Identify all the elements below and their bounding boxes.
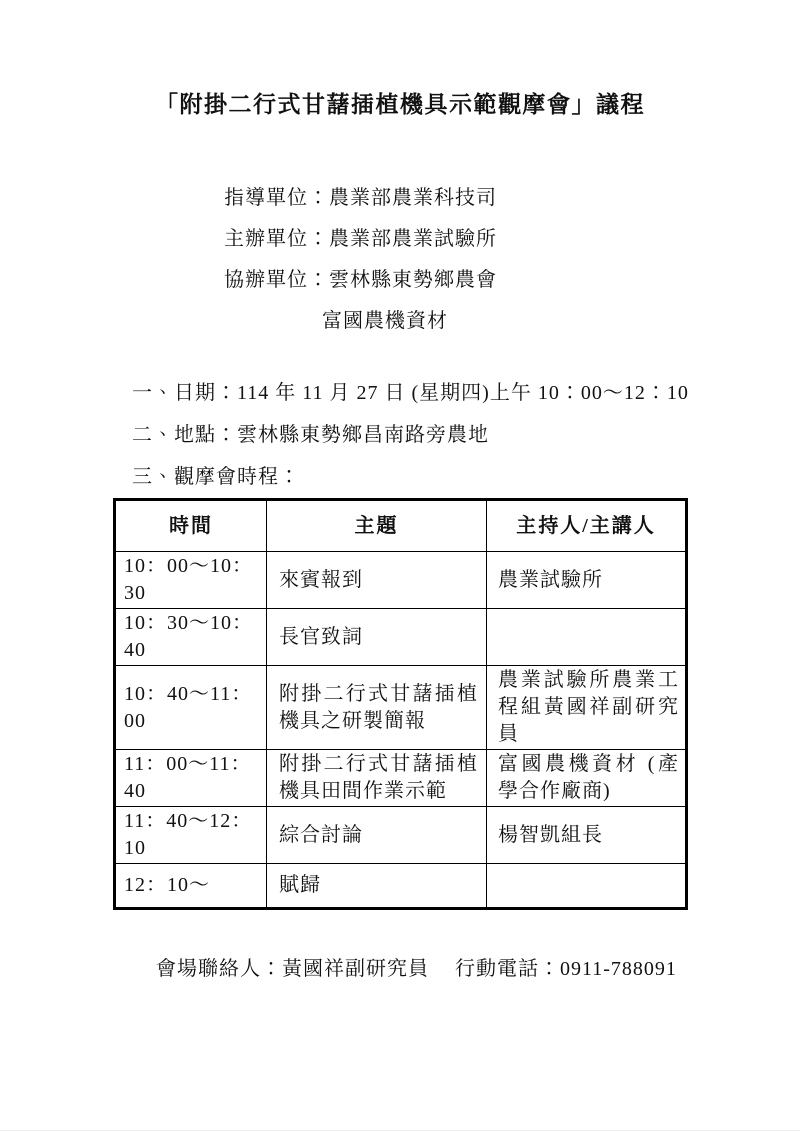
time-cell: 10：30～10：40 — [115, 609, 267, 666]
schedule-section-label: 三、觀摩會時程： — [132, 456, 800, 498]
table-row: 11：40～12：10 綜合討論 楊智凱組長 — [115, 807, 687, 864]
host-cell — [487, 609, 687, 666]
host-cell — [487, 864, 687, 909]
event-info-block: 一、日期：114 年 11 月 27 日 (星期四)上午 10：00～12：10… — [132, 372, 800, 498]
topic-cell: 長官致詞 — [267, 609, 487, 666]
topic-cell: 附掛二行式甘藷插植機具之研製簡報 — [267, 666, 487, 750]
time-cell: 12：10～ — [115, 864, 267, 909]
co-organizer-unit-line: 協辦單位：雲林縣東勢鄉農會 — [224, 260, 800, 301]
table-row: 12：10～ 賦歸 — [115, 864, 687, 909]
topic-cell: 來賓報到 — [267, 552, 487, 609]
time-cell: 11：00～11：40 — [115, 750, 267, 807]
time-cell: 10：40～11：00 — [115, 666, 267, 750]
column-header-time: 時間 — [115, 500, 267, 552]
schedule-header-row: 時間 主題 主持人/主講人 — [115, 500, 687, 552]
table-row: 10：40～11：00 附掛二行式甘藷插植機具之研製簡報 農業試驗所農業工程組黃… — [115, 666, 687, 750]
table-row: 11：00～11：40 附掛二行式甘藷插植機具田間作業示範 富國農機資材 (產學… — [115, 750, 687, 807]
page-title: 「附掛二行式甘藷插植機具示範觀摩會」議程 — [0, 0, 800, 120]
column-header-topic: 主題 — [267, 500, 487, 552]
table-row: 10：30～10：40 長官致詞 — [115, 609, 687, 666]
host-cell: 農業試驗所農業工程組黃國祥副研究員 — [487, 666, 687, 750]
event-location-line: 二、地點：雲林縣東勢鄉昌南路旁農地 — [132, 414, 800, 456]
time-cell: 10：00～10：30 — [115, 552, 267, 609]
contact-person: 會場聯絡人：黃國祥副研究員 — [156, 958, 429, 980]
host-cell: 楊智凱組長 — [487, 807, 687, 864]
advisor-unit-line: 指導單位：農業部農業科技司 — [224, 178, 800, 219]
schedule-table: 時間 主題 主持人/主講人 10：00～10：30 來賓報到 農業試驗所 10：… — [113, 498, 688, 910]
host-cell: 農業試驗所 — [487, 552, 687, 609]
topic-cell: 附掛二行式甘藷插植機具田間作業示範 — [267, 750, 487, 807]
organizer-block: 指導單位：農業部農業科技司 主辦單位：農業部農業試驗所 協辦單位：雲林縣東勢鄉農… — [224, 178, 800, 342]
topic-cell: 綜合討論 — [267, 807, 487, 864]
contact-phone: 行動電話：0911-788091 — [455, 958, 677, 980]
topic-cell: 賦歸 — [267, 864, 487, 909]
time-cell: 11：40～12：10 — [115, 807, 267, 864]
document-page: 「附掛二行式甘藷插植機具示範觀摩會」議程 指導單位：農業部農業科技司 主辦單位：… — [0, 0, 800, 1131]
host-cell: 富國農機資材 (產學合作廠商) — [487, 750, 687, 807]
contact-line: 會場聯絡人：黃國祥副研究員行動電話：0911-788091 — [132, 927, 800, 1011]
host-unit-line: 主辦單位：農業部農業試驗所 — [224, 219, 800, 260]
column-header-host: 主持人/主講人 — [487, 500, 687, 552]
event-date-line: 一、日期：114 年 11 月 27 日 (星期四)上午 10：00～12：10 — [132, 372, 800, 414]
co-organizer-unit-line-2: 富國農機資材 — [224, 301, 800, 342]
table-row: 10：00～10：30 來賓報到 農業試驗所 — [115, 552, 687, 609]
